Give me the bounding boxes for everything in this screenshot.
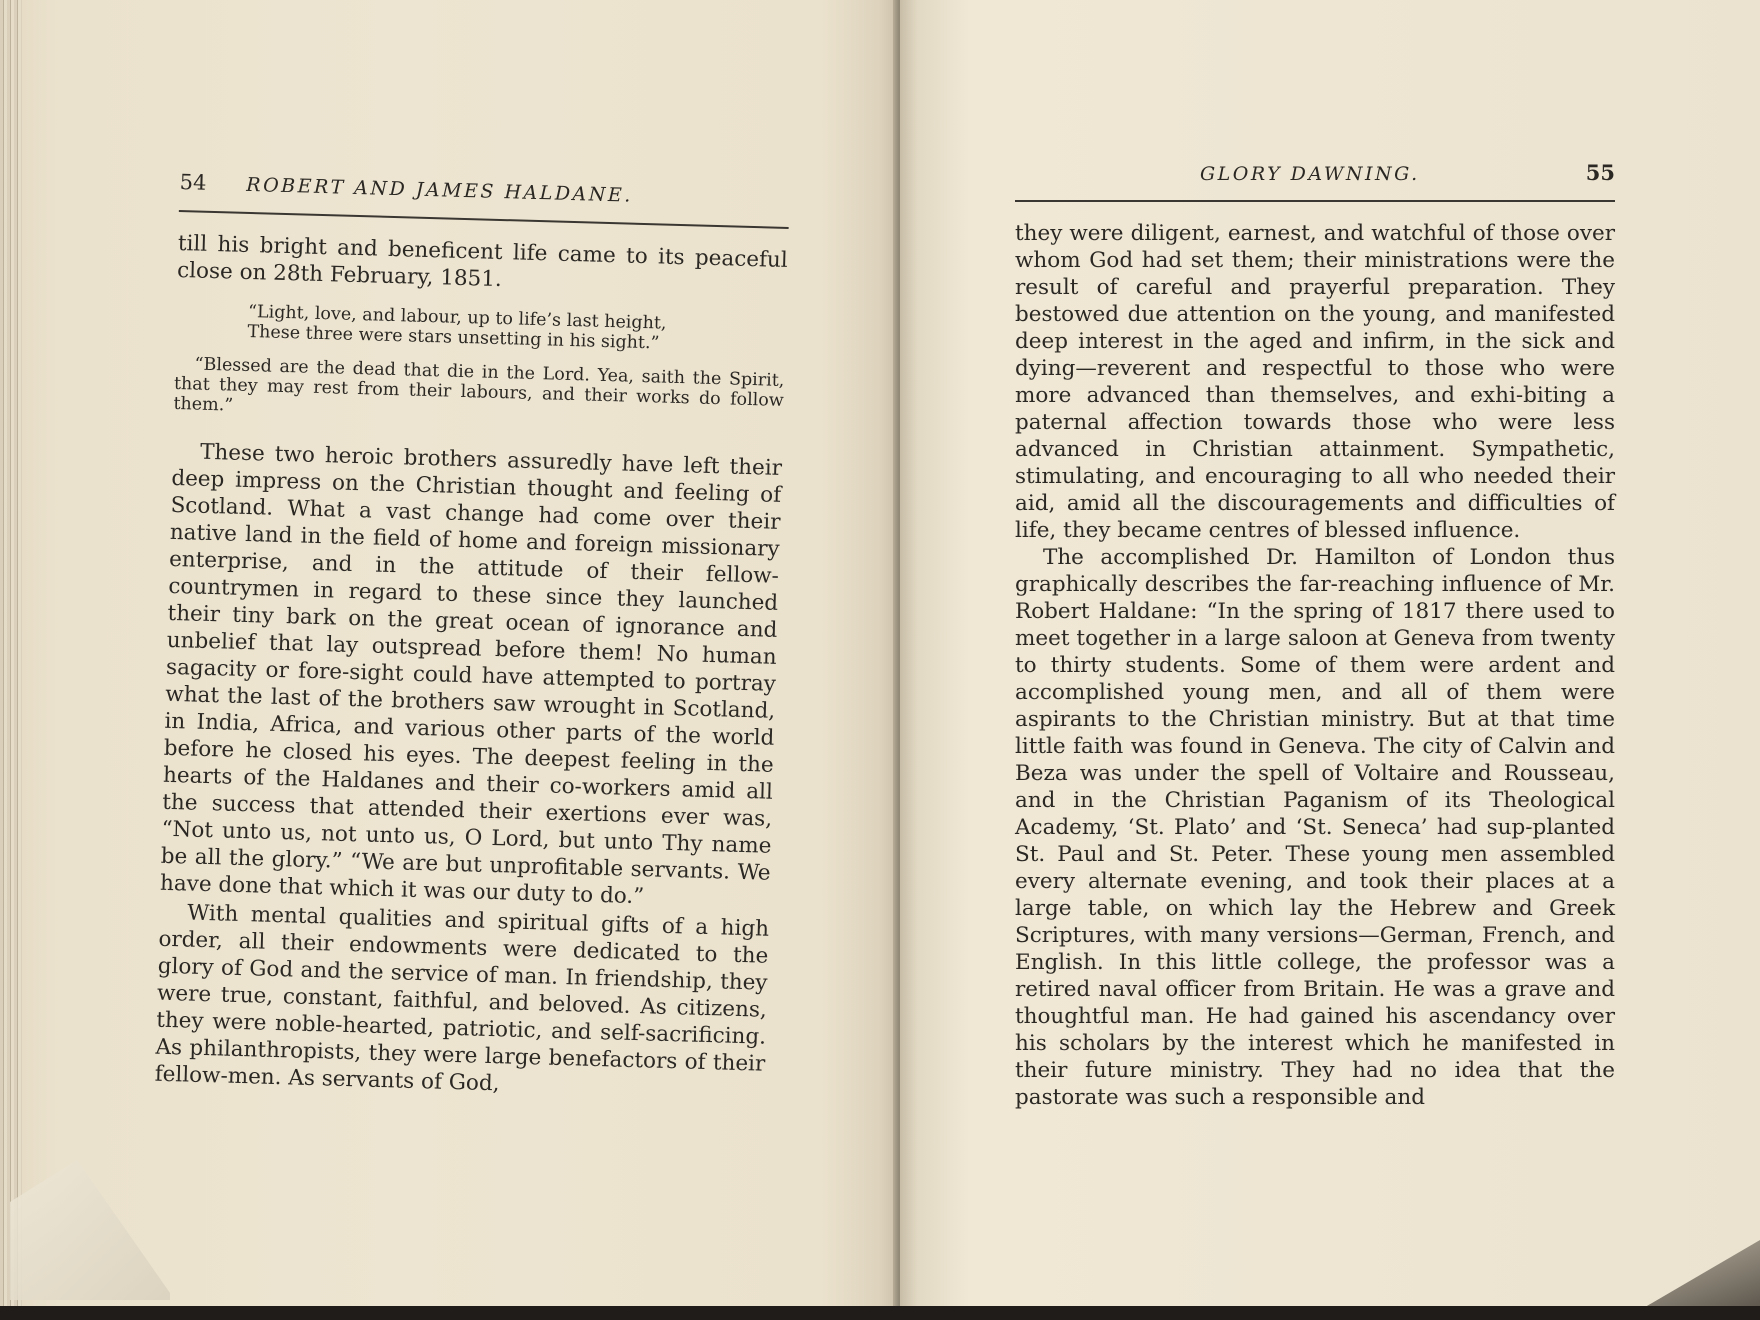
scan-background-edge	[0, 1306, 1760, 1320]
running-head-title: GLORY DAWNING.	[1200, 163, 1586, 185]
paragraph: The accomplished Dr. Hamilton of London …	[1015, 544, 1615, 1111]
scripture-quote: “Blessed are the dead that die in the Lo…	[173, 354, 784, 431]
right-page-content: GLORY DAWNING. 55 they were diligent, ea…	[1015, 160, 1615, 1111]
page-edges	[0, 0, 22, 1308]
folded-corner	[10, 1160, 170, 1300]
left-page-content: 54 ROBERT AND JAMES HALDANE. till his br…	[154, 170, 789, 1105]
page-corner-shadow	[1640, 1240, 1760, 1310]
running-head-right: GLORY DAWNING. 55	[1015, 160, 1615, 202]
verse-quote: “Light, love, and labour, up to life’s l…	[247, 302, 786, 357]
paragraph: These two heroic brothers assuredly have…	[160, 438, 783, 914]
paragraph: they were diligent, earnest, and watchfu…	[1015, 220, 1615, 544]
open-book: 54 ROBERT AND JAMES HALDANE. till his br…	[0, 0, 1760, 1308]
left-page: 54 ROBERT AND JAMES HALDANE. till his br…	[0, 0, 900, 1308]
paragraph: With mental qualities and spiritual gift…	[154, 899, 769, 1105]
running-head-left: 54 ROBERT AND JAMES HALDANE.	[179, 170, 790, 229]
running-head-title: ROBERT AND JAMES HALDANE.	[246, 174, 790, 211]
opening-text: till his bright and beneficent life came…	[177, 230, 788, 301]
page-number: 54	[179, 170, 206, 195]
page-number: 55	[1586, 160, 1615, 185]
